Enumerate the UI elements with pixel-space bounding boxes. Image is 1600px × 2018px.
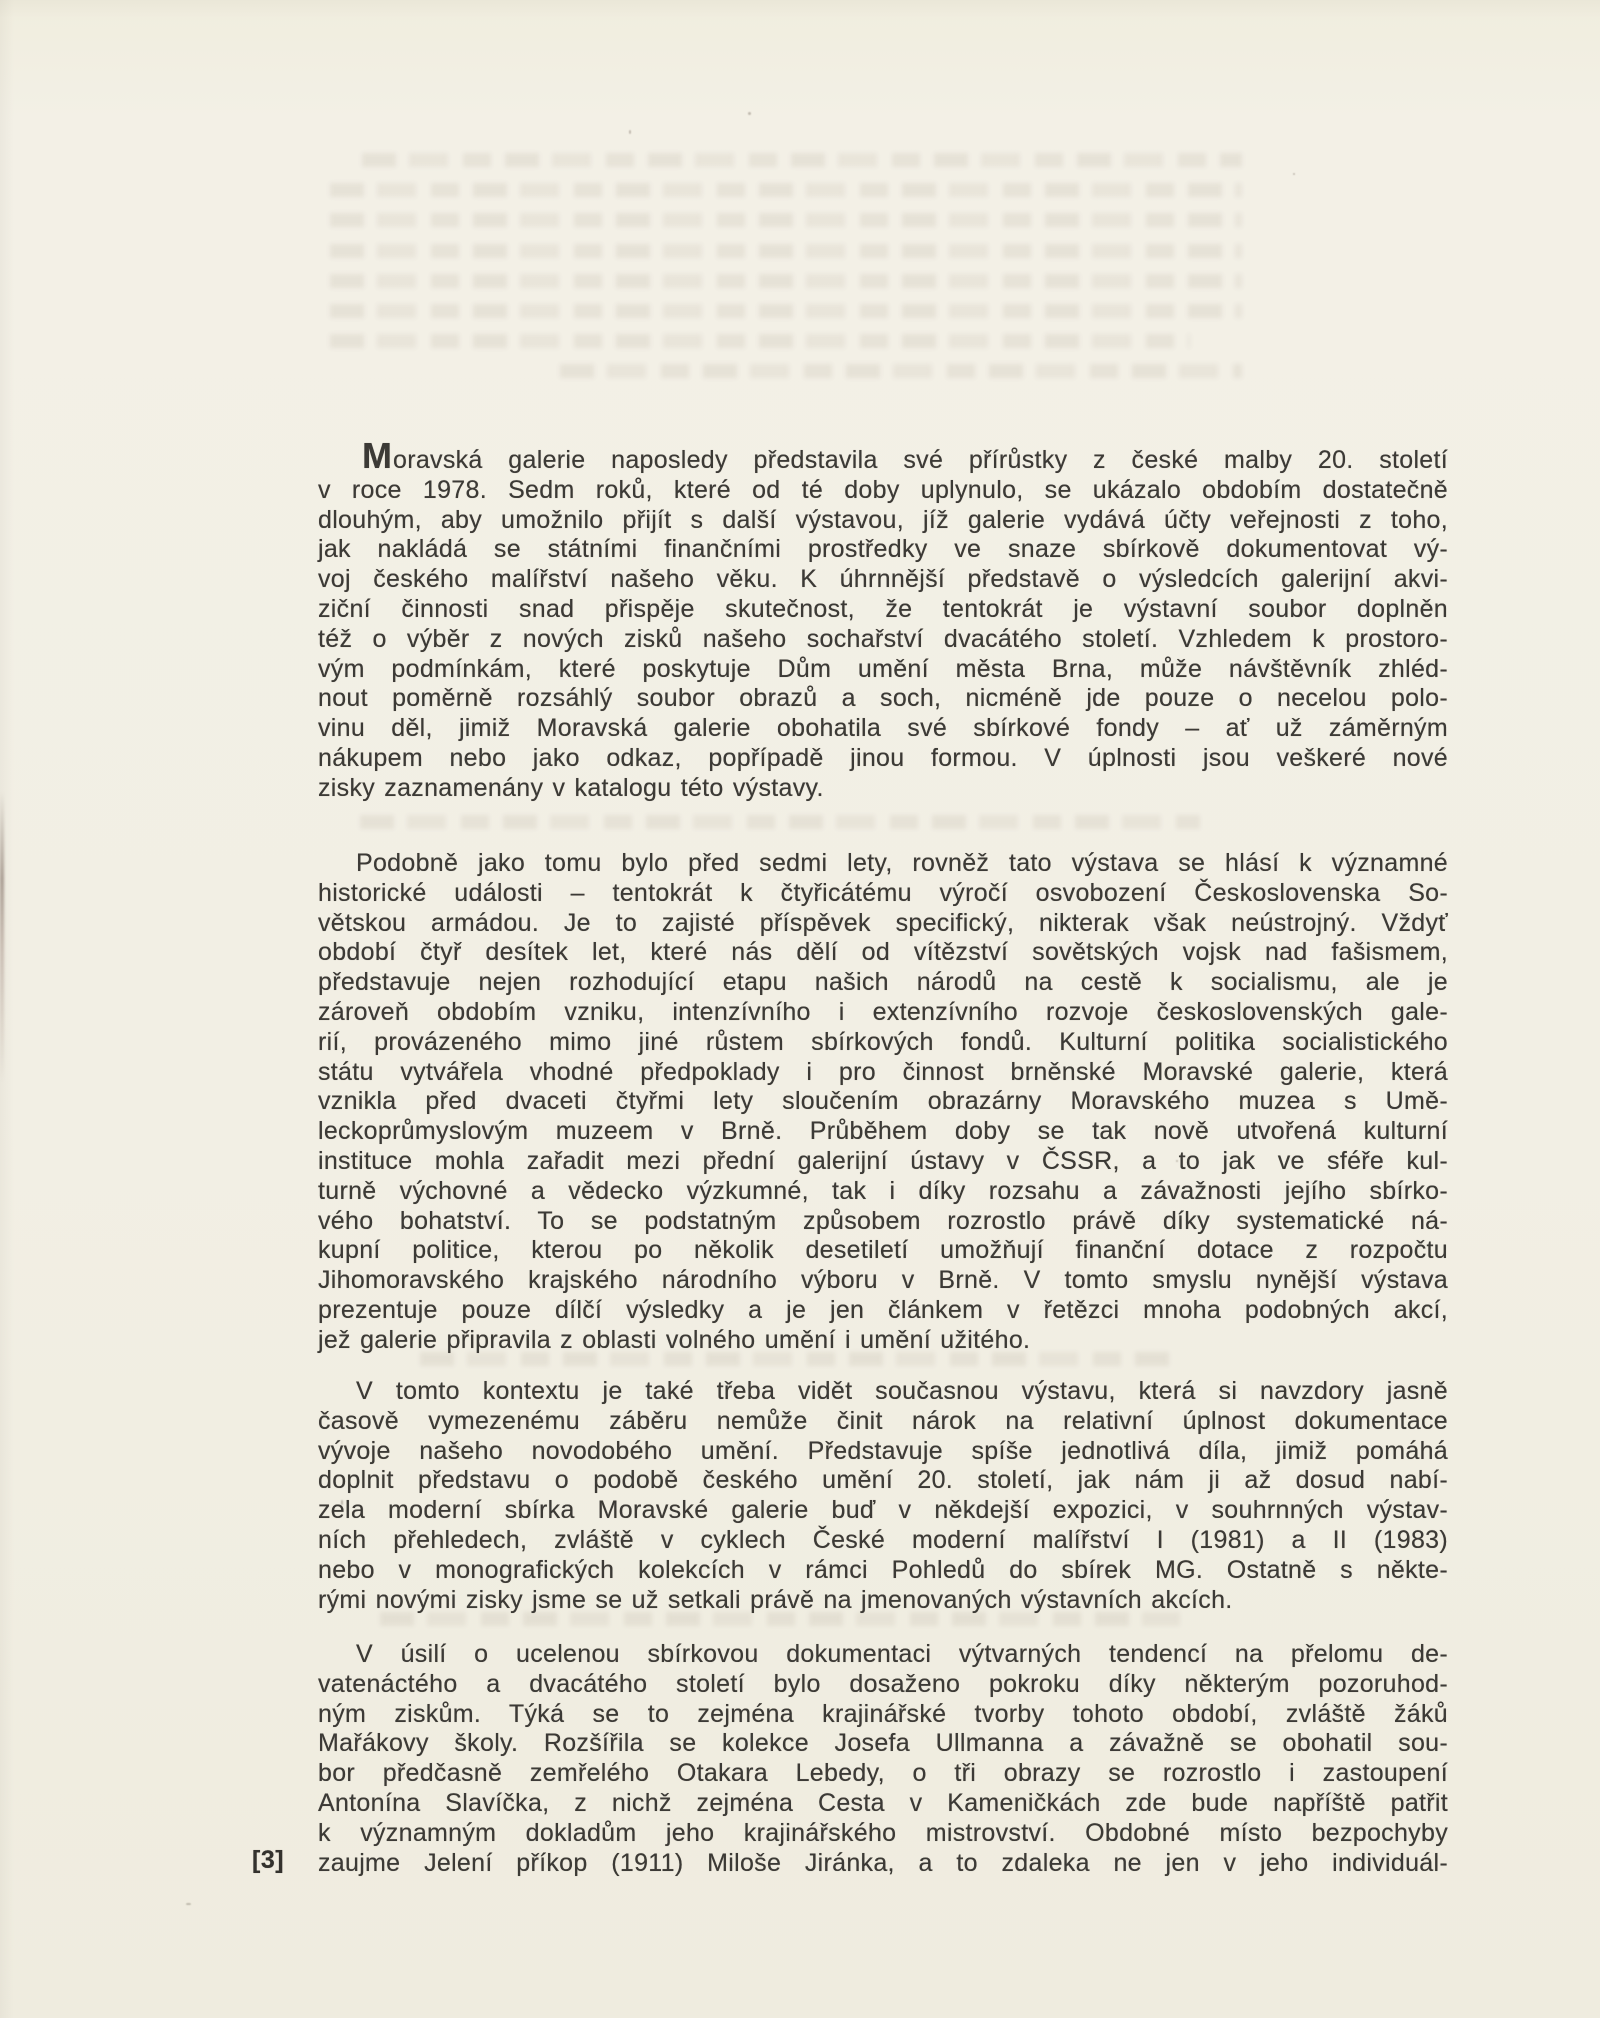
text-line: dlouhým, aby umožnilo přijít s další výs… xyxy=(318,506,1448,536)
scan-edge-artifact xyxy=(0,792,4,1082)
text-line: Antonína Slavíčka, z nichž zejména Cesta… xyxy=(318,1789,1448,1819)
text-line: zisky zaznamenány v katalogu této výstav… xyxy=(318,774,1448,804)
text-line: též o výběr z nových zisků našeho sochař… xyxy=(318,625,1448,655)
text-line: jež galerie připravila z oblasti volného… xyxy=(318,1326,1448,1356)
paragraph: Moravská galerie naposledy představila s… xyxy=(318,446,1448,804)
text-line: státu vytvářela vhodné předpoklady i pro… xyxy=(318,1058,1448,1088)
paragraph: V úsilí o ucelenou sbírkovou dokumentaci… xyxy=(318,1640,1448,1878)
dust-speck xyxy=(748,112,751,115)
text-line: nebo v monografických kolekcích v rámci … xyxy=(318,1556,1448,1586)
text-line: Mařákovy školy. Rozšířila se kolekce Jos… xyxy=(318,1729,1448,1759)
paragraph: V tomto kontextu je také třeba vidět sou… xyxy=(318,1377,1448,1615)
text-line: rií, provázeného mimo jiné růstem sbírko… xyxy=(318,1028,1448,1058)
text-line: vého bohatství. To se podstatným způsobe… xyxy=(318,1207,1448,1237)
scanned-catalog-page: { "page": { "paper_color": "#f2efe4", "i… xyxy=(0,0,1600,2018)
dust-speck xyxy=(629,130,631,134)
text-line: časově vymezenému záběru nemůže činit ná… xyxy=(318,1407,1448,1437)
text-line: voj českého malířství našeho věku. K úhr… xyxy=(318,565,1448,595)
text-line: vatenáctého a dvacátého století bylo dos… xyxy=(318,1670,1448,1700)
text-line: Moravská galerie naposledy představila s… xyxy=(318,446,1448,476)
text-line: V tomto kontextu je také třeba vidět sou… xyxy=(318,1377,1448,1407)
page-number: [3] xyxy=(252,1846,284,1875)
text-line: ziční činnosti snad přispěje skutečnost,… xyxy=(318,595,1448,625)
text-line: nout poměrně rozsáhlý soubor obrazů a so… xyxy=(318,684,1448,714)
text-line: instituce mohla zařadit mezi přední gale… xyxy=(318,1147,1448,1177)
dust-speck xyxy=(1176,1160,1178,1162)
text-line: ným ziskům. Týká se to zejména krajinářs… xyxy=(318,1700,1448,1730)
dust-speck xyxy=(1293,173,1295,175)
text-line: zároveň obdobím vzniku, intenzívního i e… xyxy=(318,998,1448,1028)
dust-speck xyxy=(341,1500,343,1505)
text-line: jak nakládá se státními finančními prost… xyxy=(318,535,1448,565)
text-line: V úsilí o ucelenou sbírkovou dokumentaci… xyxy=(318,1640,1448,1670)
text-line: větskou armádou. Je to zajisté příspěvek… xyxy=(318,909,1448,939)
text-line: bor předčasně zemřelého Otakara Lebedy, … xyxy=(318,1759,1448,1789)
text-line: turně výchovné a vědecko výzkumné, tak i… xyxy=(318,1177,1448,1207)
dust-speck xyxy=(186,1903,191,1905)
text-line: kupní politice, kterou po několik deseti… xyxy=(318,1236,1448,1266)
text-line: ních přehledech, zvláště v cyklech České… xyxy=(318,1526,1448,1556)
text-line: vinu děl, jimiž Moravská galerie obohati… xyxy=(318,714,1448,744)
text-line: zaujme Jelení příkop (1911) Miloše Jirán… xyxy=(318,1849,1448,1879)
text-line: rými novými zisky jsme se už setkali prá… xyxy=(318,1586,1448,1616)
text-line: Jihomoravského krajského národního výbor… xyxy=(318,1266,1448,1296)
text-line: nákupem nebo jako odkaz, popřípadě jinou… xyxy=(318,744,1448,774)
paragraph: Podobně jako tomu bylo před sedmi lety, … xyxy=(318,849,1448,1356)
text-line: vznikla před dvaceti čtyřmi lety sloučen… xyxy=(318,1087,1448,1117)
text-line: prezentuje pouze dílčí výsledky a je jen… xyxy=(318,1296,1448,1326)
text-line: v roce 1978. Sedm roků, které od té doby… xyxy=(318,476,1448,506)
text-line: představuje nejen rozhodující etapu naši… xyxy=(318,968,1448,998)
text-line: vývoje našeho novodobého umění. Představ… xyxy=(318,1437,1448,1467)
text-line: vým podmínkám, které poskytuje Dům umění… xyxy=(318,655,1448,685)
text-line: k významným dokladům jeho krajinářského … xyxy=(318,1819,1448,1849)
text-line: leckoprůmyslovým muzeem v Brně. Průběhem… xyxy=(318,1117,1448,1147)
text-line: historické události – tentokrát k čtyřic… xyxy=(318,879,1448,909)
text-line: Podobně jako tomu bylo před sedmi lety, … xyxy=(318,849,1448,879)
text-line: doplnit představu o podobě českého umění… xyxy=(318,1466,1448,1496)
text-line: období čtyř desítek let, které nás dělí … xyxy=(318,938,1448,968)
text-line: zela moderní sbírka Moravské galerie buď… xyxy=(318,1496,1448,1526)
